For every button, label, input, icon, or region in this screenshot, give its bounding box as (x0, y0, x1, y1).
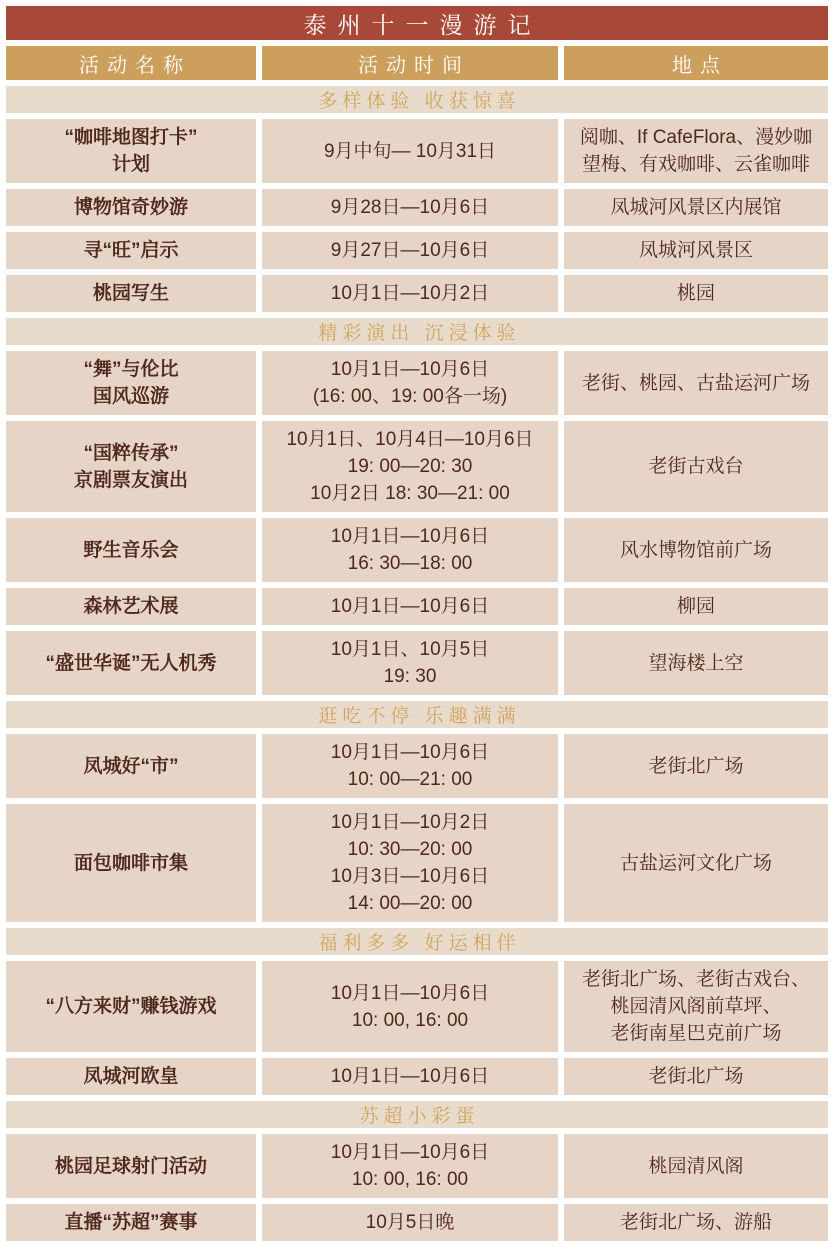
event-location: 凤城河风景区内展馆 (564, 189, 828, 226)
event-time: 10月1日—10月6日 10: 00—21: 00 (262, 734, 558, 798)
event-location: 望海楼上空 (564, 631, 828, 695)
event-location: 桃园 (564, 275, 828, 312)
event-location: 老街、桃园、古盐运河广场 (564, 351, 828, 415)
event-time: 9月28日—10月6日 (262, 189, 558, 226)
event-row: “八方来财”赚钱游戏10月1日—10月6日 10: 00, 16: 00老街北广… (6, 961, 828, 1052)
event-location: 老街古戏台 (564, 421, 828, 512)
event-name: 面包咖啡市集 (6, 804, 256, 922)
event-location: 老街北广场 (564, 734, 828, 798)
event-row: 面包咖啡市集10月1日—10月2日 10: 30—20: 00 10月3日—10… (6, 804, 828, 922)
event-row: 野生音乐会10月1日—10月6日 16: 30—18: 00风水博物馆前广场 (6, 518, 828, 582)
event-row: 凤城好“市”10月1日—10月6日 10: 00—21: 00老街北广场 (6, 734, 828, 798)
event-time: 10月1日—10月6日 (262, 588, 558, 625)
event-location: 桃园清风阁 (564, 1134, 828, 1198)
event-time: 10月1日—10月6日 10: 00, 16: 00 (262, 961, 558, 1052)
event-time: 10月1日—10月6日 16: 30—18: 00 (262, 518, 558, 582)
col-header-activity-name: 活动名称 (6, 46, 256, 80)
event-name: “咖啡地图打卡” 计划 (6, 119, 256, 183)
event-name: 桃园足球射门活动 (6, 1134, 256, 1198)
event-time: 10月5日晚 (262, 1204, 558, 1241)
event-row: 博物馆奇妙游9月28日—10月6日凤城河风景区内展馆 (6, 189, 828, 226)
event-row: “国粹传承” 京剧票友演出10月1日、10月4日—10月6日 19: 00—20… (6, 421, 828, 512)
section-heading: 福利多多 好运相伴 (6, 928, 828, 955)
event-row: 森林艺术展10月1日—10月6日柳园 (6, 588, 828, 625)
event-location: 柳园 (564, 588, 828, 625)
event-row: “舞”与伦比 国风巡游10月1日—10月6日 (16: 00、19: 00各一场… (6, 351, 828, 415)
event-name: 森林艺术展 (6, 588, 256, 625)
event-time: 10月1日—10月6日 (16: 00、19: 00各一场) (262, 351, 558, 415)
section-heading: 多样体验 收获惊喜 (6, 86, 828, 113)
event-time: 10月1日—10月6日 (262, 1058, 558, 1095)
event-time: 10月1日、10月4日—10月6日 19: 00—20: 30 10月2日 18… (262, 421, 558, 512)
section-row: 逛吃不停 乐趣满满 (6, 701, 828, 728)
section-row: 多样体验 收获惊喜 (6, 86, 828, 113)
event-location: 古盐运河文化广场 (564, 804, 828, 922)
title-row: 泰州十一漫游记 (6, 6, 828, 40)
events-table: 泰州十一漫游记 活动名称 活动时间 地点 多样体验 收获惊喜“咖啡地图打卡” 计… (0, 0, 834, 1247)
event-row: 凤城河欧皇10月1日—10月6日老街北广场 (6, 1058, 828, 1095)
column-header-row: 活动名称 活动时间 地点 (6, 46, 828, 80)
event-time: 10月1日—10月2日 (262, 275, 558, 312)
page: 泰州十一漫游记 活动名称 活动时间 地点 多样体验 收获惊喜“咖啡地图打卡” 计… (0, 0, 834, 1247)
event-name: “八方来财”赚钱游戏 (6, 961, 256, 1052)
event-name: 凤城河欧皇 (6, 1058, 256, 1095)
event-location: 阅咖、If CafeFlora、漫妙咖 望梅、有戏咖啡、云雀咖啡 (564, 119, 828, 183)
event-row: “盛世华诞”无人机秀10月1日、10月5日 19: 30望海楼上空 (6, 631, 828, 695)
col-header-activity-time: 活动时间 (262, 46, 558, 80)
col-header-location: 地点 (564, 46, 828, 80)
event-name: 寻“旺”启示 (6, 232, 256, 269)
event-time: 10月1日—10月2日 10: 30—20: 00 10月3日—10月6日 14… (262, 804, 558, 922)
event-row: 直播“苏超”赛事10月5日晚老街北广场、游船 (6, 1204, 828, 1241)
section-heading: 精彩演出 沉浸体验 (6, 318, 828, 345)
event-location: 凤城河风景区 (564, 232, 828, 269)
event-row: 寻“旺”启示9月27日—10月6日凤城河风景区 (6, 232, 828, 269)
table-title: 泰州十一漫游记 (6, 6, 828, 40)
event-name: 直播“苏超”赛事 (6, 1204, 256, 1241)
event-name: 博物馆奇妙游 (6, 189, 256, 226)
section-row: 苏超小彩蛋 (6, 1101, 828, 1128)
event-row: 桃园足球射门活动10月1日—10月6日 10: 00, 16: 00桃园清风阁 (6, 1134, 828, 1198)
event-location: 老街北广场、游船 (564, 1204, 828, 1241)
events-table-body: 多样体验 收获惊喜“咖啡地图打卡” 计划9月中旬— 10月31日阅咖、If Ca… (6, 86, 828, 1241)
event-name: “舞”与伦比 国风巡游 (6, 351, 256, 415)
event-name: 野生音乐会 (6, 518, 256, 582)
event-name: 桃园写生 (6, 275, 256, 312)
event-time: 10月1日—10月6日 10: 00, 16: 00 (262, 1134, 558, 1198)
section-heading: 逛吃不停 乐趣满满 (6, 701, 828, 728)
event-row: “咖啡地图打卡” 计划9月中旬— 10月31日阅咖、If CafeFlora、漫… (6, 119, 828, 183)
event-location: 老街北广场 (564, 1058, 828, 1095)
event-name: 凤城好“市” (6, 734, 256, 798)
section-row: 福利多多 好运相伴 (6, 928, 828, 955)
event-row: 桃园写生10月1日—10月2日桃园 (6, 275, 828, 312)
event-location: 风水博物馆前广场 (564, 518, 828, 582)
section-heading: 苏超小彩蛋 (6, 1101, 828, 1128)
event-time: 9月27日—10月6日 (262, 232, 558, 269)
event-location: 老街北广场、老街古戏台、 桃园清风阁前草坪、 老街南星巴克前广场 (564, 961, 828, 1052)
event-name: “盛世华诞”无人机秀 (6, 631, 256, 695)
section-row: 精彩演出 沉浸体验 (6, 318, 828, 345)
event-name: “国粹传承” 京剧票友演出 (6, 421, 256, 512)
event-time: 10月1日、10月5日 19: 30 (262, 631, 558, 695)
event-time: 9月中旬— 10月31日 (262, 119, 558, 183)
